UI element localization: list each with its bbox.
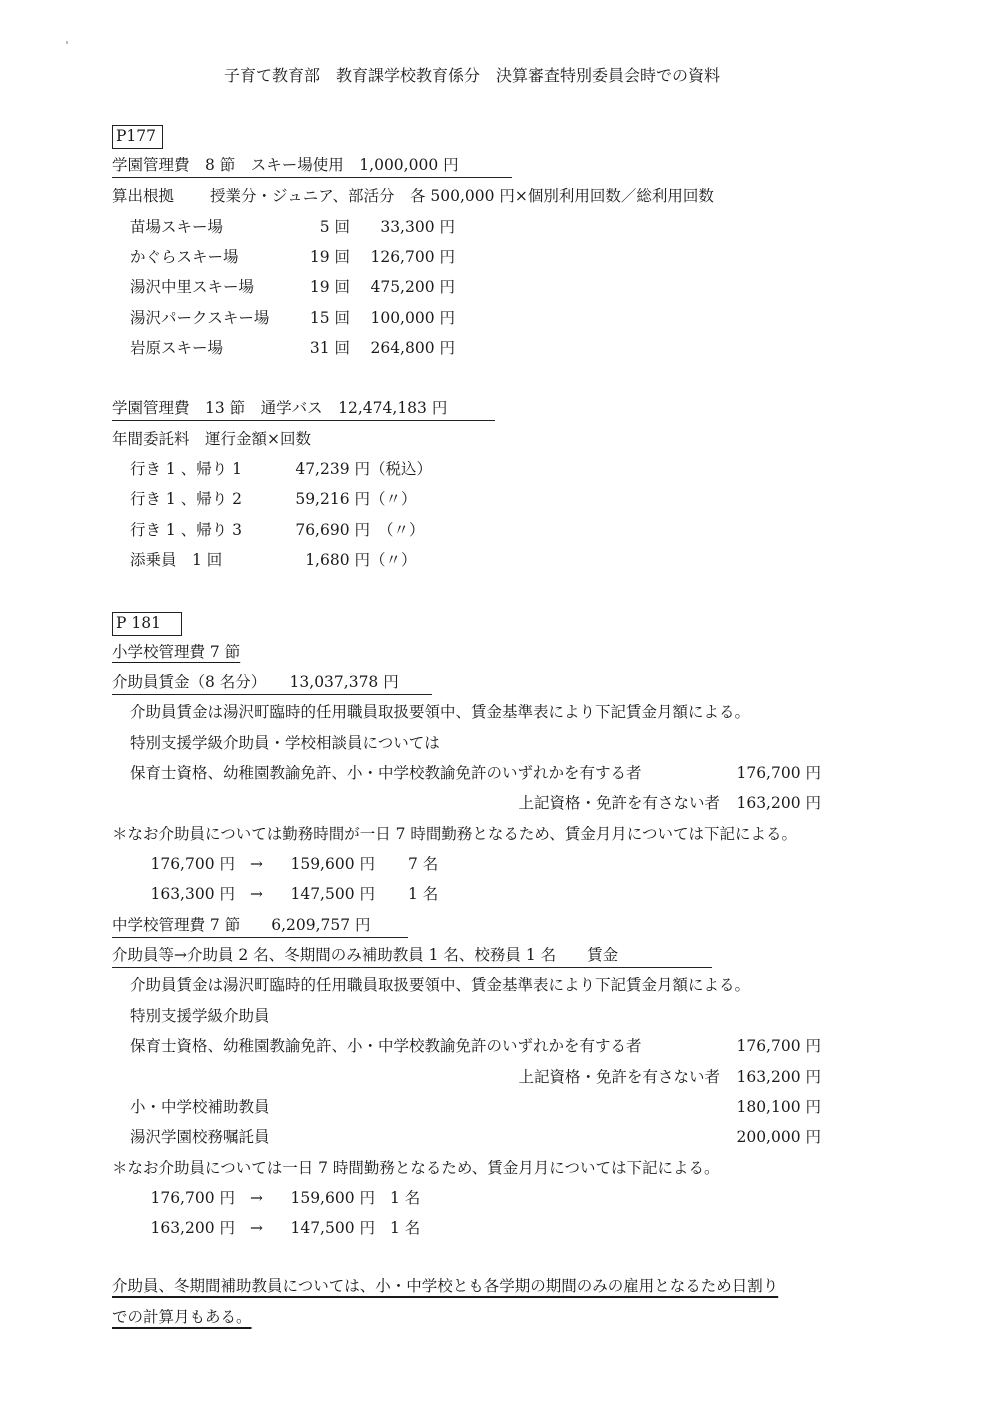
bus-row-note: （〃）: [378, 523, 425, 539]
basis-text: 授業分・ジュニア、部活分 各 500,000 円×個別利用回数／総利用回数: [210, 189, 714, 205]
page-ref-p177: P177: [112, 125, 163, 149]
bus-row-note: （〃）: [370, 553, 417, 569]
footer-note-line1: 介助員、冬期間補助教員については、小・中学校とも各学期の期間のみの雇用となるため…: [112, 1279, 778, 1295]
conversion-to: 147,500 円: [270, 887, 375, 903]
basis-label: 算出根拠: [112, 189, 174, 205]
bus-row-label: 行き 1 、帰り 3: [130, 523, 242, 539]
bus-row-amount: 47,239 円: [270, 462, 370, 478]
arrow-icon: →: [250, 1221, 263, 1237]
janitor-amount: 200,000 円: [700, 1130, 821, 1146]
conversion-to: 159,600 円: [270, 1191, 375, 1207]
bus-row-note: （〃）: [370, 492, 417, 508]
elementary-noqual-label: 上記資格・免許を有さない者: [420, 796, 720, 812]
ski-row-name: かぐらスキー場: [130, 250, 239, 266]
junior-high-line2: 特別支援学級介助員: [130, 1009, 270, 1025]
conversion-to: 159,600 円: [270, 857, 375, 873]
elementary-noqual-amount: 163,200 円: [700, 796, 821, 812]
ski-row-name: 湯沢中里スキー場: [130, 280, 254, 296]
assist-teacher-label: 小・中学校補助教員: [130, 1100, 270, 1116]
bus-heading: 学園管理費 13 節 通学バス 12,474,183 円: [112, 401, 495, 421]
ski-row-amount: 126,700 円: [355, 250, 455, 266]
elementary-note: ＊なお介助員については勤務時間が一日 7 時間勤務となるため、賃金月月については…: [112, 827, 797, 843]
arrow-icon: →: [250, 857, 263, 873]
junior-high-note: ＊なお介助員については一日 7 時間勤務となるため、賃金月月については下記による…: [112, 1161, 719, 1177]
bus-row-label: 行き 1 、帰り 2: [130, 492, 242, 508]
conversion-from: 176,700 円: [130, 857, 235, 873]
bus-row-label: 添乗員 1 回: [130, 553, 222, 569]
conversion-from: 163,200 円: [130, 1221, 235, 1237]
bus-row-amount: 1,680 円: [270, 553, 370, 569]
junior-high-noqual-amount: 163,200 円: [700, 1070, 821, 1086]
ski-row-name: 岩原スキー場: [130, 341, 223, 357]
ski-row-count: 5 回: [290, 220, 350, 236]
junior-high-line1: 介助員賃金は湯沢町臨時的任用職員取扱要領中、賃金基準表により下記賃金月額による。: [130, 978, 750, 994]
ski-row-amount: 264,800 円: [355, 341, 455, 357]
bus-row-label: 行き 1 、帰り 1: [130, 462, 242, 478]
junior-high-qual-amount: 176,700 円: [700, 1039, 821, 1055]
arrow-icon: →: [250, 1191, 263, 1207]
bus-subheading: 年間委託料 運行金額×回数: [112, 432, 311, 448]
ski-row-name: 苗場スキー場: [130, 220, 223, 236]
elementary-heading: 小学校管理費 7 節: [112, 645, 240, 661]
ski-row-count: 19 回: [290, 250, 350, 266]
bus-row-amount: 59,216 円: [270, 492, 370, 508]
scan-speck: [66, 41, 68, 44]
conversion-people: 7 名: [408, 857, 438, 873]
page-ref-p181: P 181: [112, 612, 182, 636]
elementary-line2: 特別支援学級介助員・学校相談員については: [130, 736, 440, 752]
ski-row-amount: 100,000 円: [355, 311, 455, 327]
elementary-qual-label: 保育士資格、幼稚園教諭免許、小・中学校教諭免許のいずれかを有する者: [130, 766, 642, 782]
conversion-from: 163,300 円: [130, 887, 235, 903]
junior-high-noqual-label: 上記資格・免許を有さない者: [420, 1070, 720, 1086]
bus-row-note: （税込）: [370, 462, 432, 478]
ski-row-count: 19 回: [290, 280, 350, 296]
footer-note-line2: での計算月もある。: [112, 1310, 252, 1326]
junior-high-subheading: 介助員等→介助員 2 名、冬期間のみ補助教員 1 名、校務員 1 名 賃金: [112, 948, 712, 968]
elementary-qual-amount: 176,700 円: [700, 766, 821, 782]
ski-row-count: 31 回: [290, 341, 350, 357]
conversion-people: 1 名: [390, 1221, 420, 1237]
ski-row-name: 湯沢パークスキー場: [130, 311, 269, 327]
ski-row-amount: 475,200 円: [355, 280, 455, 296]
elementary-subheading: 介助員賃金（8 名分） 13,037,378 円: [112, 675, 432, 695]
junior-high-heading: 中学校管理費 7 節 6,209,757 円: [112, 918, 408, 938]
elementary-line1: 介助員賃金は湯沢町臨時的任用職員取扱要領中、賃金基準表により下記賃金月額による。: [130, 705, 750, 721]
ski-heading: 学園管理費 8 節 スキー場使用 1,000,000 円: [112, 158, 512, 178]
arrow-icon: →: [250, 887, 263, 903]
assist-teacher-amount: 180,100 円: [700, 1100, 821, 1116]
janitor-label: 湯沢学園校務嘱託員: [130, 1130, 270, 1146]
ski-row-amount: 33,300 円: [355, 220, 455, 236]
conversion-people: 1 名: [390, 1191, 420, 1207]
conversion-people: 1 名: [408, 887, 438, 903]
conversion-to: 147,500 円: [270, 1221, 375, 1237]
document-title: 子育て教育部 教育課学校教育係分 決算審査特別委員会時での資料: [224, 68, 720, 84]
conversion-from: 176,700 円: [130, 1191, 235, 1207]
bus-row-amount: 76,690 円: [270, 523, 370, 539]
junior-high-qual-label: 保育士資格、幼稚園教諭免許、小・中学校教諭免許のいずれかを有する者: [130, 1039, 642, 1055]
ski-row-count: 15 回: [290, 311, 350, 327]
